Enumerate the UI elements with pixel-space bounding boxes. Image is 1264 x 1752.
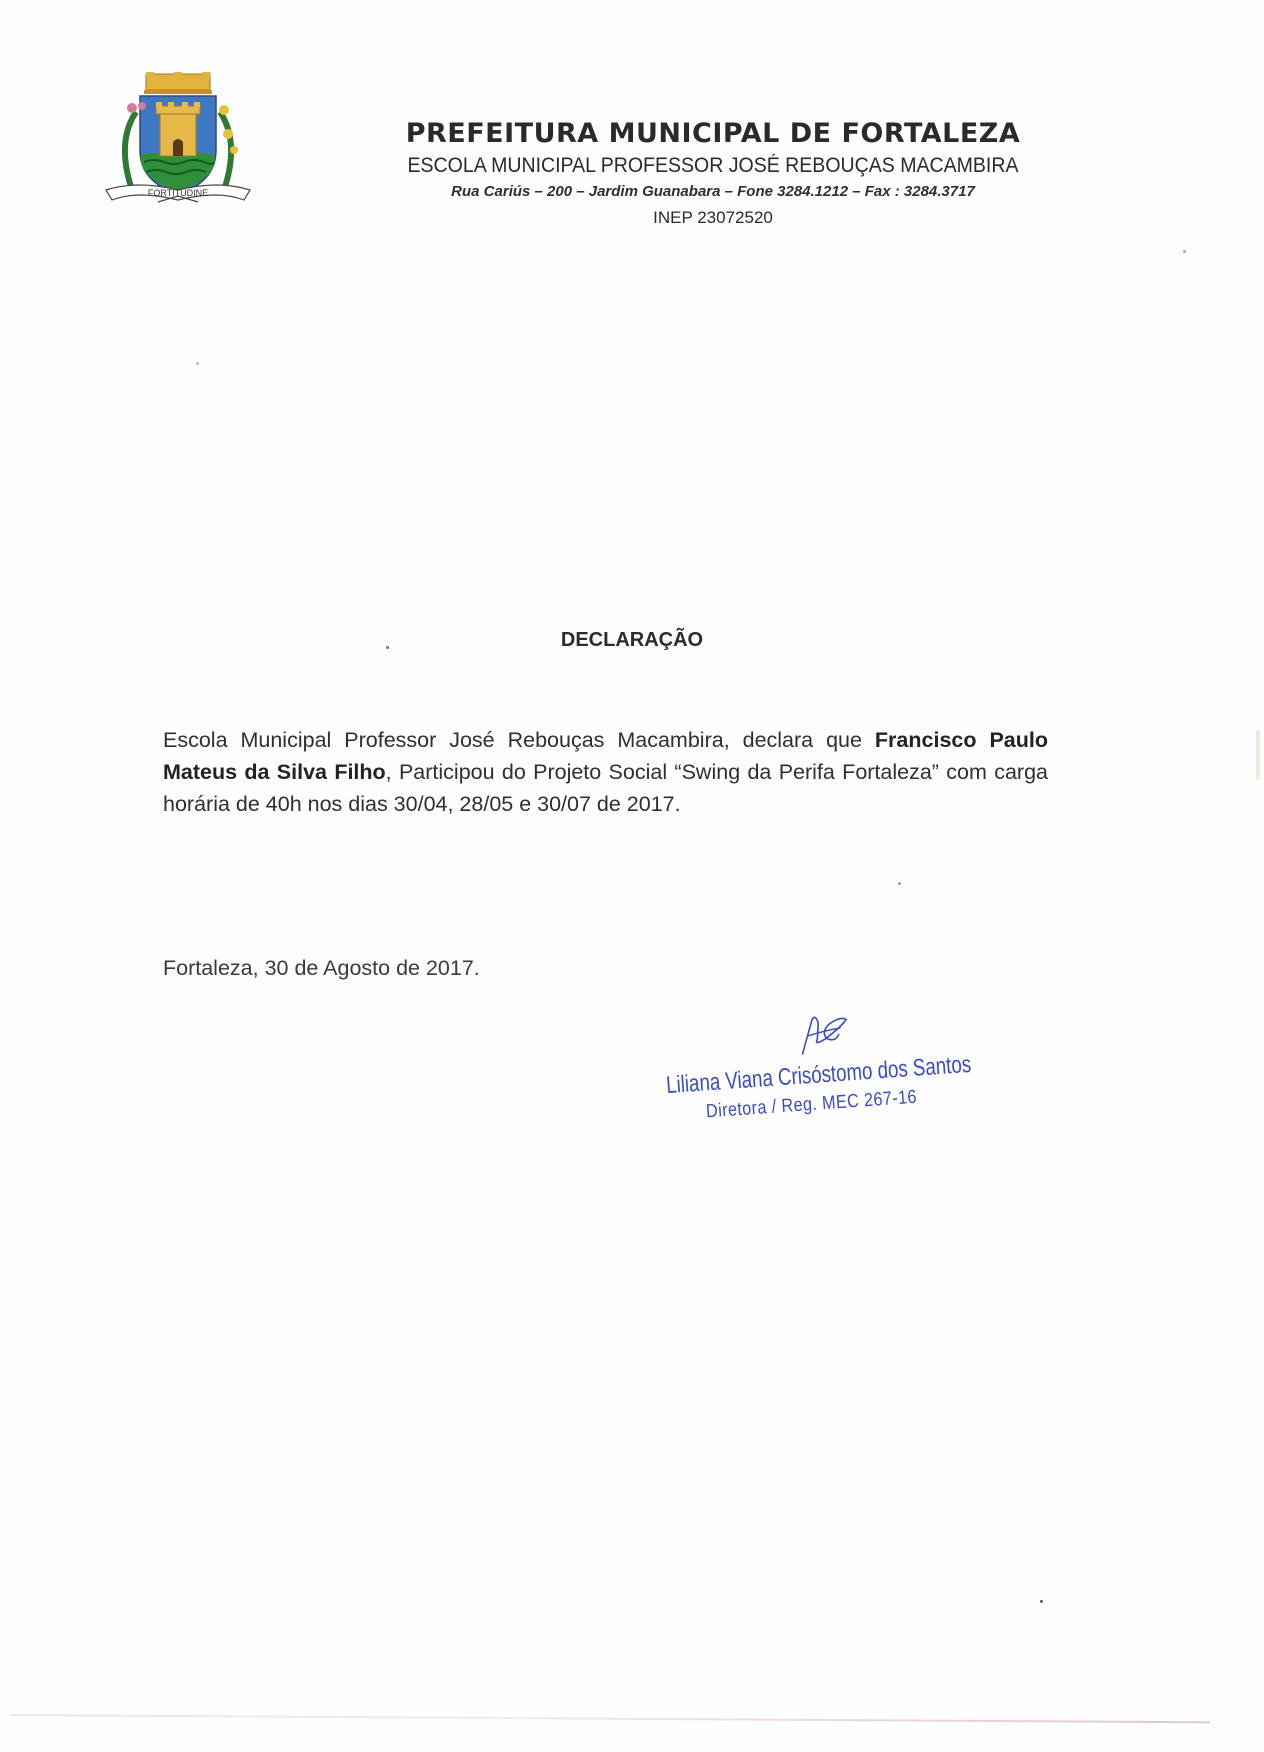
school-name: ESCOLA MUNICIPAL PROFESSOR JOSÉ REBOUÇAS… [406,154,1020,178]
scan-artifact-line [10,1714,1210,1723]
paragraph-text-part1: Escola Municipal Professor José Rebouças… [163,728,875,752]
document-page: FORTITUDINE PREFEITURA MUNICIPAL DE FORT… [0,0,1264,1752]
document-title: DECLARAÇÃO [0,629,1264,652]
scan-speck [898,882,901,885]
city-crest-icon: FORTITUDINE [98,72,258,212]
director-stamp: Liliana Viana Crisóstomo dos Santos Dire… [662,999,970,1140]
scan-speck [196,362,199,365]
signature-icon [781,1006,864,1061]
date-line: Fortaleza, 30 de Agosto de 2017. [163,956,480,981]
scan-speck [1183,250,1186,253]
school-address: Rua Cariús – 200 – Jardim Guanabara – Fo… [383,183,1043,200]
scan-speck [386,646,389,649]
declaration-paragraph: Escola Municipal Professor José Rebouças… [163,724,1048,820]
scan-speck [1040,1600,1043,1603]
municipality-title: PREFEITURA MUNICIPAL DE FORTALEZA [383,118,1043,149]
scan-edge-mark [1256,730,1260,780]
inep-code: INEP 23072520 [383,208,1043,228]
